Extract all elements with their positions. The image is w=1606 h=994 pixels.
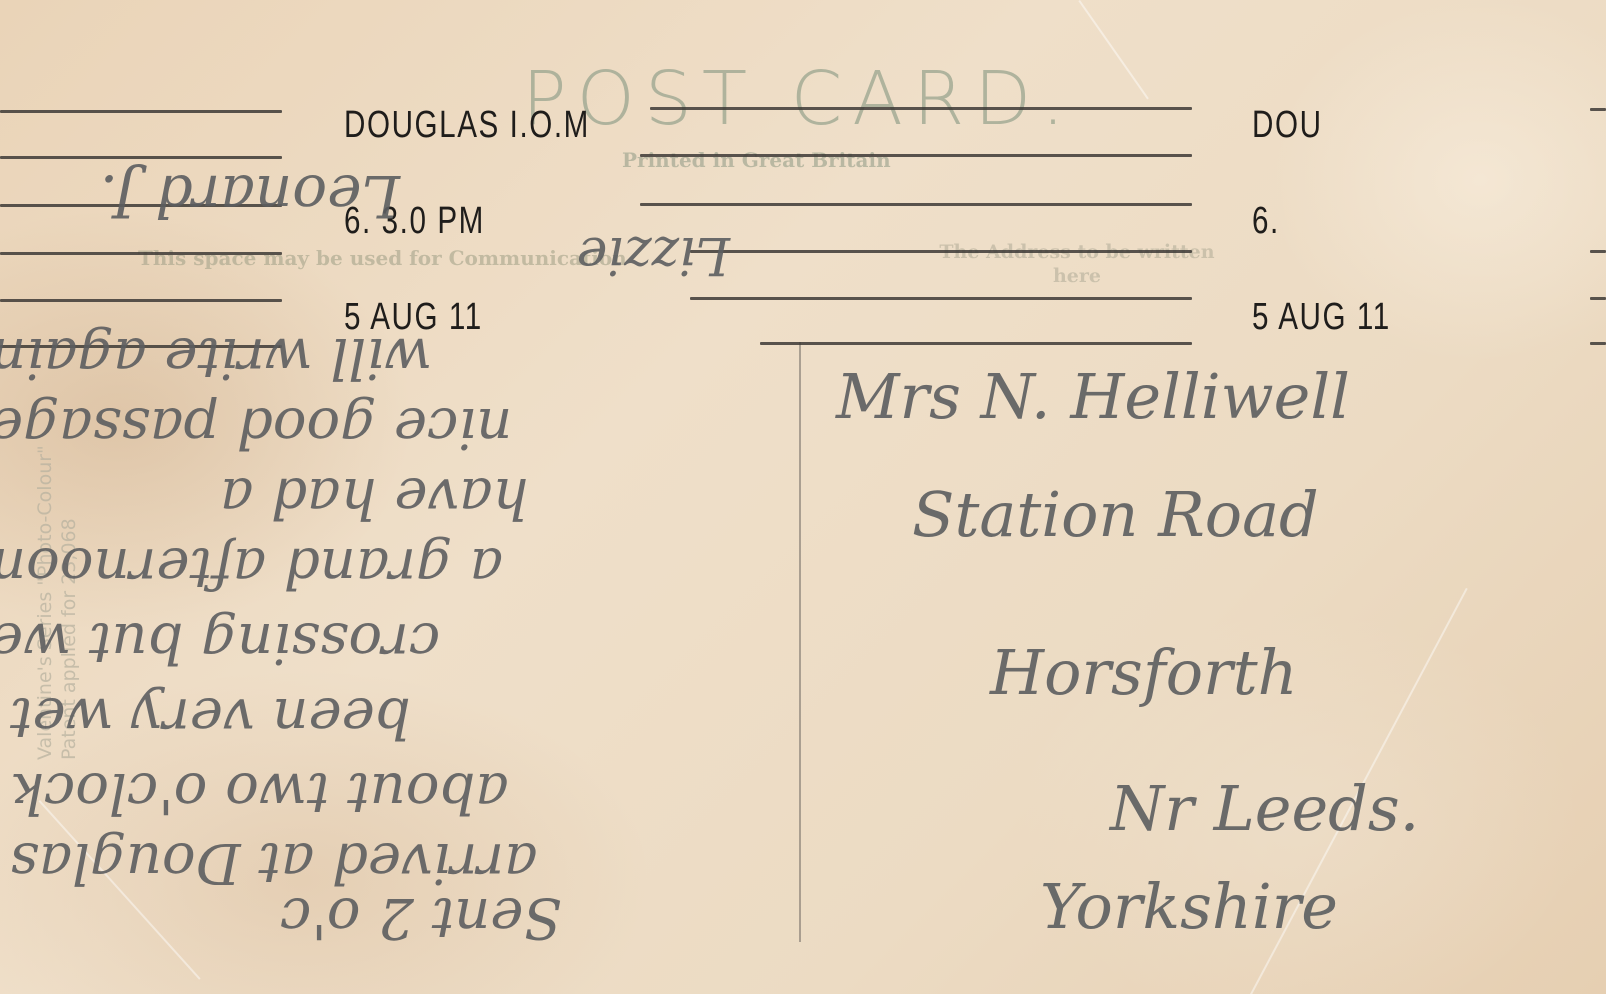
message-line: been very wet <box>10 685 411 750</box>
handwritten-signoff: Leonard J. <box>100 162 400 230</box>
message-line: have had a <box>220 465 529 530</box>
address-note-line2: here <box>912 264 1242 288</box>
message-line: crossing but we <box>0 610 440 675</box>
message-line: arrived at Douglas <box>10 830 538 895</box>
cancel-line <box>0 110 282 113</box>
address-line-name: Mrs N. Helliwell <box>836 360 1350 433</box>
cancel-line <box>650 107 1192 110</box>
postmark-right-time: 6. <box>1252 200 1280 243</box>
message-line: nice good passage <box>0 395 512 460</box>
cancel-line <box>1590 250 1606 253</box>
address-space-note: The Address to be written here <box>912 240 1242 288</box>
cancel-line <box>1590 108 1606 111</box>
message-area: Sent 2 o'c arrived at Douglas about two … <box>0 340 750 950</box>
cancel-line <box>690 250 1192 253</box>
postmark-left-town: DOUGLAS I.O.M <box>344 104 590 147</box>
cancel-line <box>640 203 1192 206</box>
cancel-line <box>1590 297 1606 300</box>
message-line: will write again <box>0 325 432 390</box>
address-line-town: Horsforth <box>990 636 1298 709</box>
cancel-line <box>760 342 1192 345</box>
address-line-city: Nr Leeds. <box>1110 772 1419 845</box>
cancel-line <box>0 252 282 255</box>
handwritten-signature: Lizzie <box>577 225 730 285</box>
printed-in-great-britain: Printed in Great Britain <box>622 148 891 172</box>
cancel-line <box>690 297 1192 300</box>
address-line-street: Station Road <box>912 478 1319 551</box>
cancel-line <box>0 156 282 159</box>
message-line: a grand afternoon <box>0 535 503 600</box>
cancel-line <box>0 299 282 302</box>
postcard-back: POST CARD. Printed in Great Britain This… <box>0 0 1606 994</box>
post-card-heading: POST CARD. <box>522 56 1075 142</box>
paper-crease <box>1078 0 1148 99</box>
postmark-right-town: DOU <box>1252 104 1323 147</box>
postmark-right-date: 5 AUG 11 <box>1252 296 1391 339</box>
cancel-line <box>1590 342 1606 345</box>
cancel-line <box>640 154 1192 157</box>
center-divider <box>799 342 801 942</box>
address-line-county: Yorkshire <box>1040 870 1338 943</box>
communication-space-note: This space may be used for Communication <box>138 246 627 270</box>
message-line: about two o'clock <box>10 760 509 825</box>
